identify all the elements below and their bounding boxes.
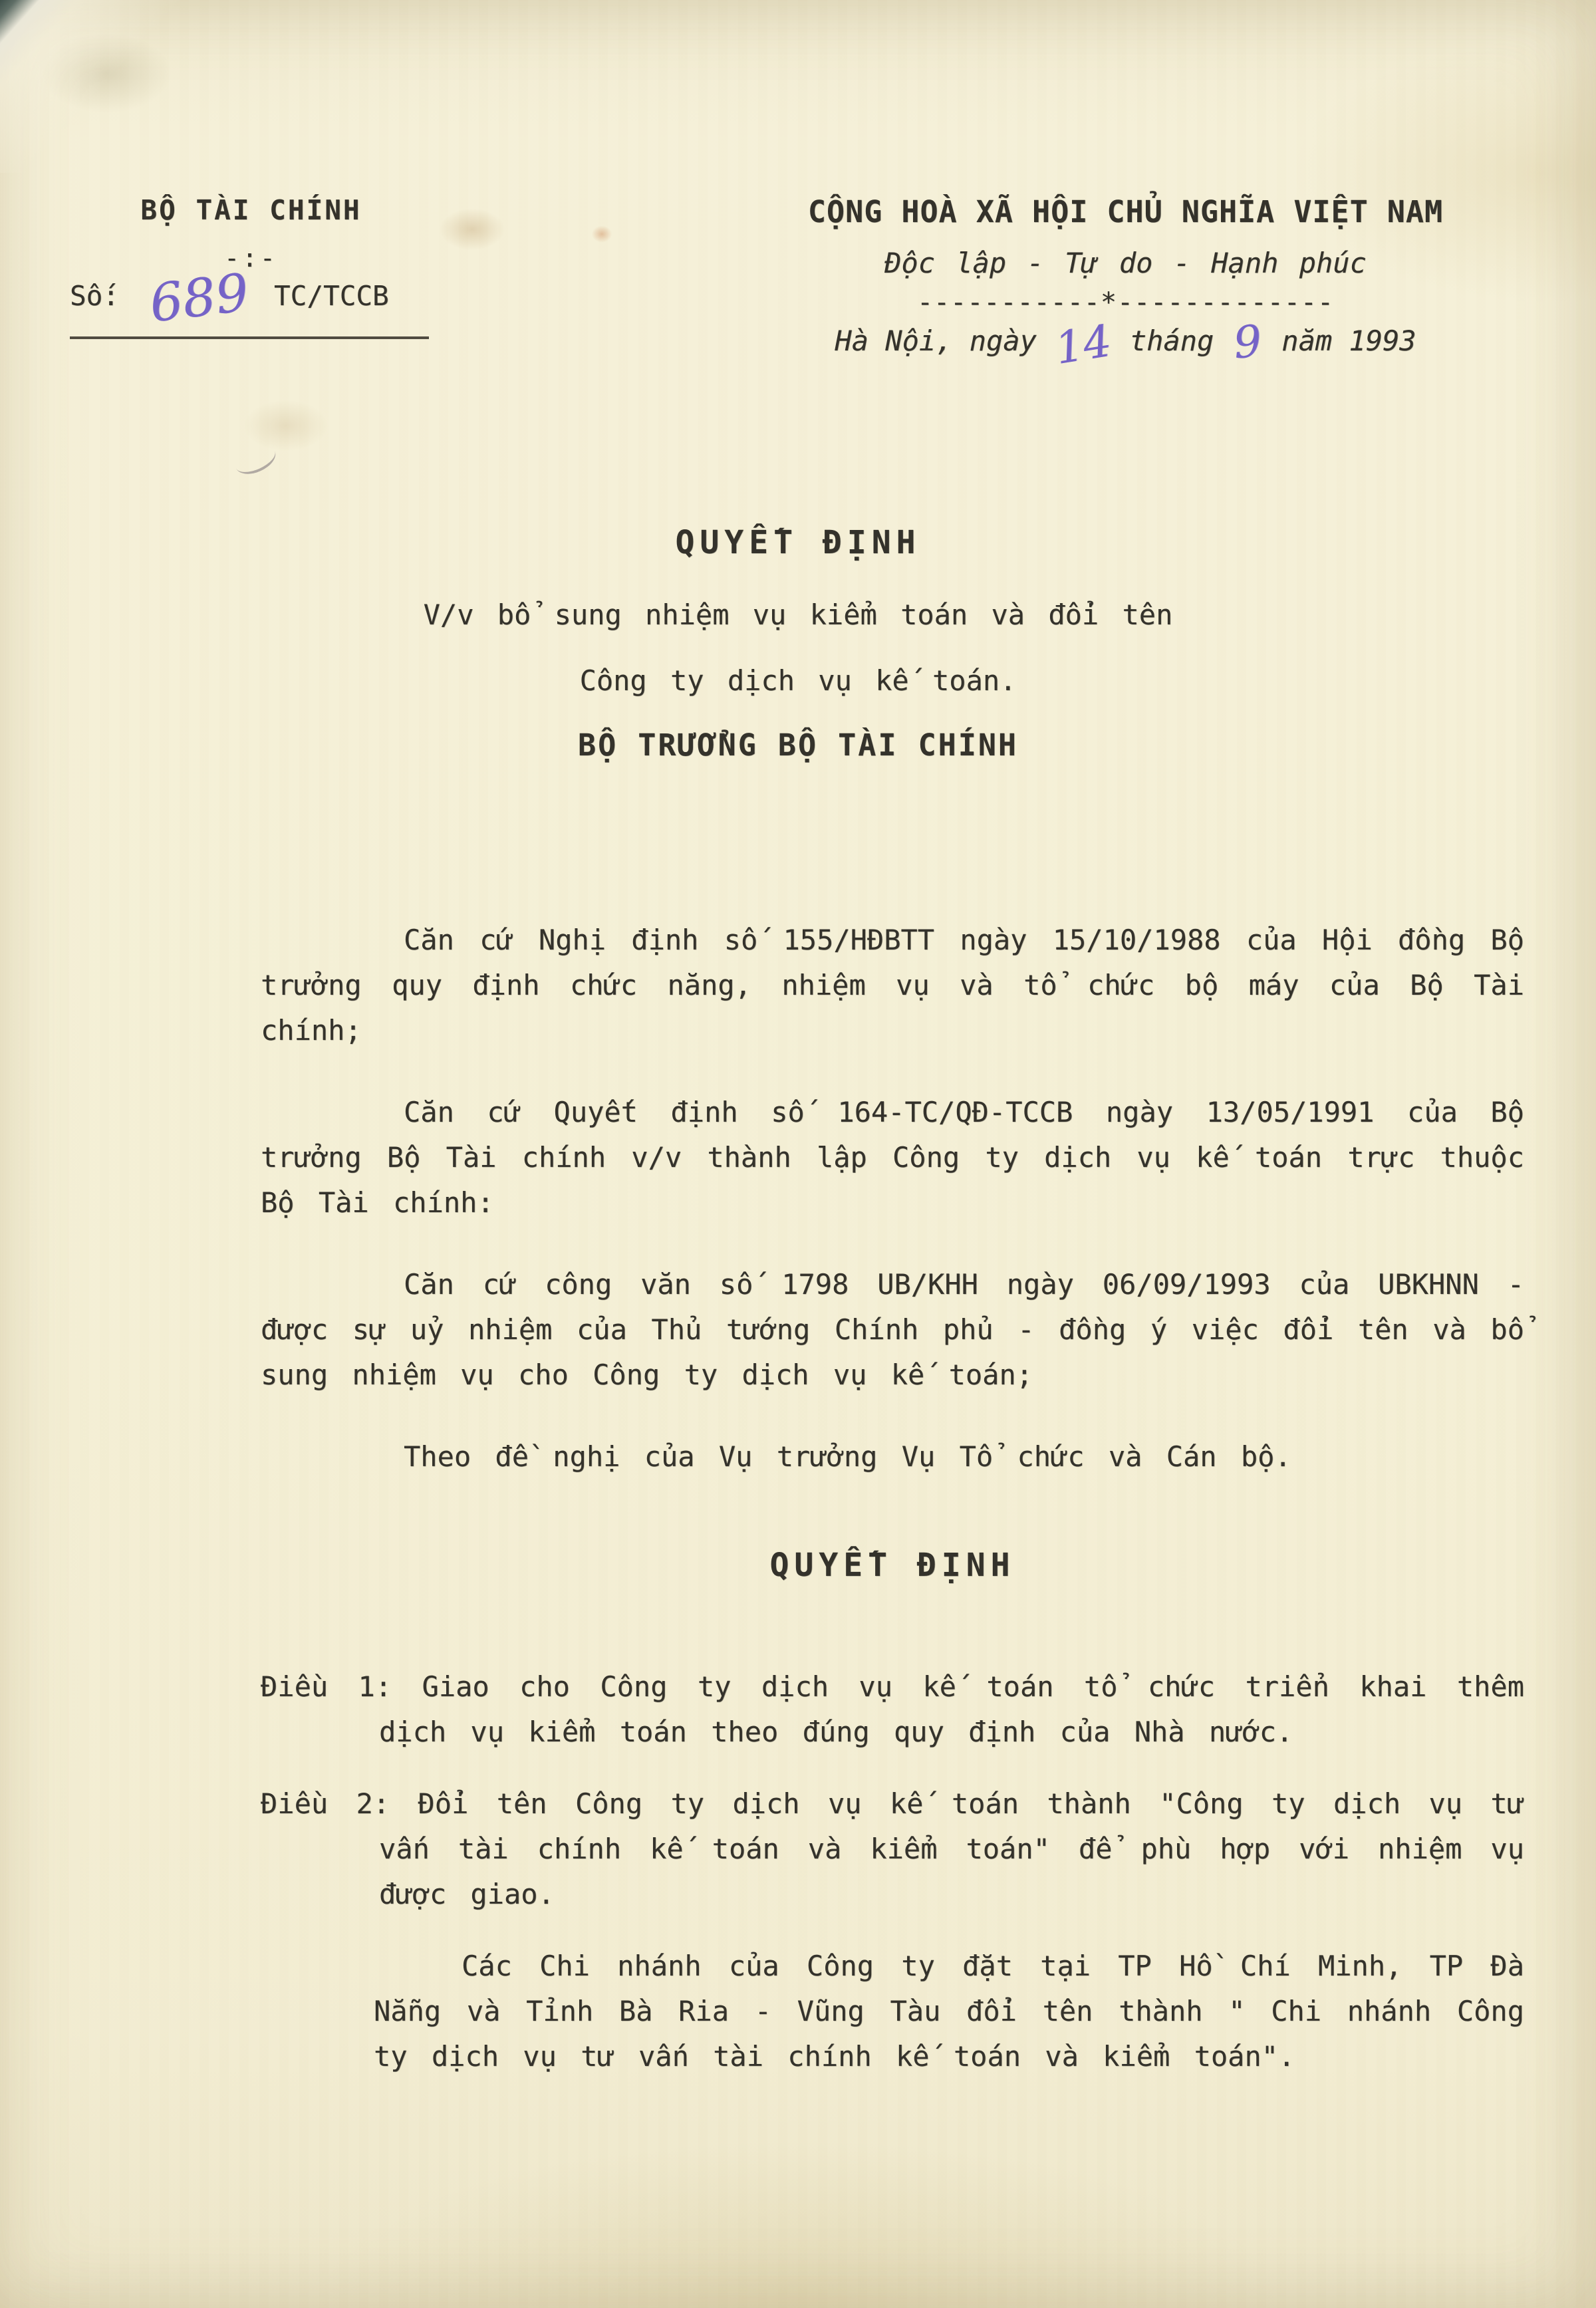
agency-divider: -:- (70, 243, 432, 273)
handwritten-month: 9 (1232, 324, 1263, 361)
handwritten-document-number: 689 (148, 272, 251, 325)
subject-line-1: V/v bổ sung nhiệm vụ kiểm toán và đổi tê… (0, 598, 1596, 631)
recital-paragraph: Theo đề nghị của Vụ trưởng Vụ Tổ chức và… (261, 1434, 1524, 1479)
document-title: QUYẾT ĐỊNH (0, 524, 1596, 561)
date-mid: tháng (1130, 324, 1214, 357)
number-suffix: TC/TCCB (274, 280, 389, 312)
article-1-label: Điều 1: (261, 1670, 392, 1703)
issuing-agency-block: BỘ TÀI CHÍNH -:- Số:689TC/TCCB (70, 194, 432, 339)
date-prefix: Hà Nội, ngày (835, 324, 1036, 357)
scan-corner-artifact (0, 0, 239, 173)
recital-paragraph: Căn cứ Quyết định số 164-TC/QĐ-TCCB ngày… (261, 1090, 1524, 1225)
title-block: QUYẾT ĐỊNH V/v bổ sung nhiệm vụ kiểm toá… (0, 524, 1596, 763)
issuing-authority: BỘ TRƯỞNG BỘ TÀI CHÍNH (0, 727, 1596, 763)
agency-name: BỘ TÀI CHÍNH (70, 194, 432, 226)
date-suffix: năm 1993 (1281, 324, 1416, 357)
number-label: Số: (70, 280, 119, 312)
article-2: Điều 2: Đổi tên Công ty dịch vụ kế toán … (261, 1781, 1524, 1917)
decision-heading: QUYẾT ĐỊNH (261, 1543, 1524, 1588)
underline-rule (70, 336, 429, 339)
country-name: CỘNG HOÀ XÃ HỘI CHỦ NGHĨA VIỆT NAM (722, 194, 1529, 229)
national-motto: Độc lập - Tự do - Hạnh phúc (722, 247, 1529, 279)
document-body: Căn cứ Nghị định số 155/HĐBTT ngày 15/10… (261, 918, 1524, 2079)
article-2-text: Đổi tên Công ty dịch vụ kế toán thành "C… (379, 1787, 1524, 1910)
handwritten-day: 14 (1053, 324, 1113, 367)
article-2-label: Điều 2: (261, 1787, 390, 1820)
place-date-line: Hà Nội, ngày14tháng9năm 1993 (722, 324, 1529, 363)
scanned-decision-document: BỘ TÀI CHÍNH -:- Số:689TC/TCCB CỘNG HOÀ … (0, 0, 1596, 2308)
subject-line-2: Công ty dịch vụ kế toán. (0, 664, 1596, 697)
stray-pen-mark (231, 440, 280, 480)
closing-paragraph: Các Chi nhánh của Công ty đặt tại TP Hồ … (374, 1944, 1524, 2079)
motto-divider: -----------*------------- (722, 287, 1529, 318)
document-number-line: Số:689TC/TCCB (70, 278, 432, 319)
article-1: Điều 1: Giao cho Công ty dịch vụ kế toán… (261, 1664, 1524, 1755)
recital-paragraph: Căn cứ Nghị định số 155/HĐBTT ngày 15/10… (261, 918, 1524, 1053)
national-header-block: CỘNG HOÀ XÃ HỘI CHỦ NGHĨA VIỆT NAM Độc l… (722, 194, 1529, 363)
recital-paragraph: Căn cứ công văn số 1798 UB/KHH ngày 06/0… (261, 1262, 1524, 1398)
article-1-text: Giao cho Công ty dịch vụ kế toán tổ chức… (379, 1670, 1524, 1748)
